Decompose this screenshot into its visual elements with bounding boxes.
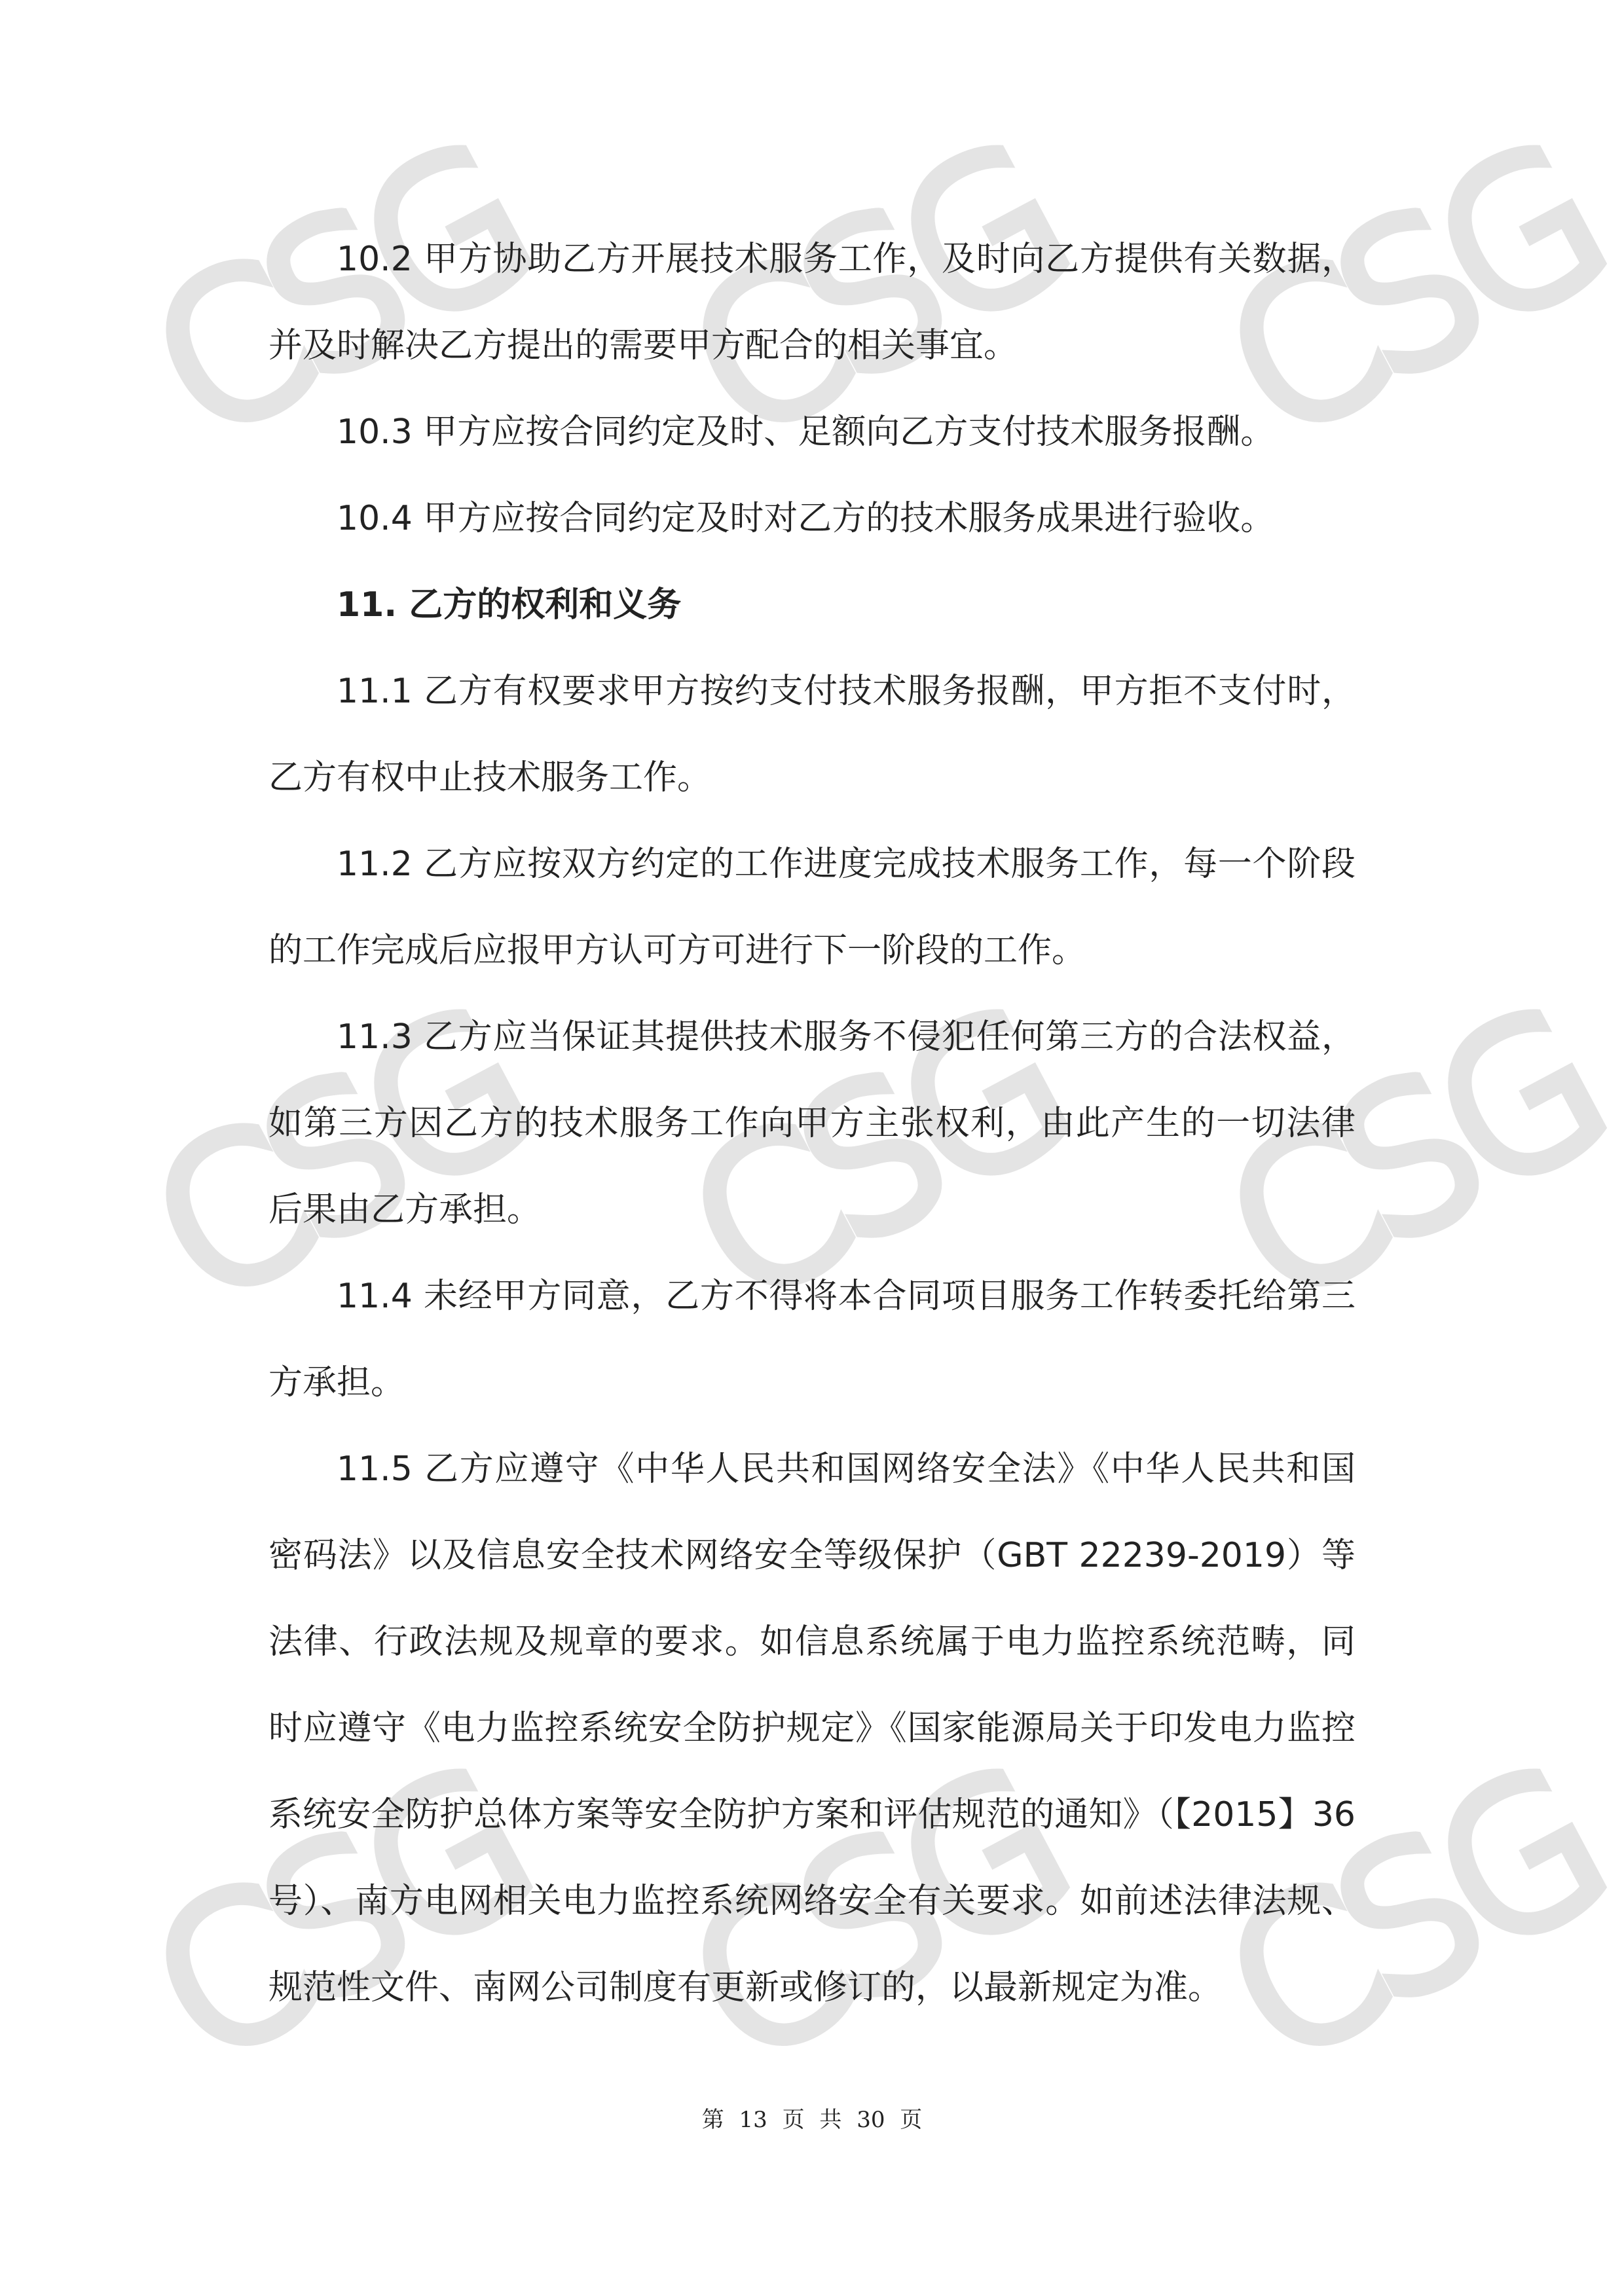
clause-10-4: 10.4 甲方应按合同约定及时对乙方的技术服务成果进行验收。 — [268, 475, 1356, 562]
clause-11-5: 11.5 乙方应遵守《中华人民共和国网络安全法》《中华人民共和国密码法》以及信息… — [268, 1426, 1356, 2031]
document-page: CSG CSG CSG CSG CSG CSG CSG CSG CSG 10.2… — [0, 0, 1624, 2296]
clause-10-3: 10.3 甲方应按合同约定及时、足额向乙方支付技术服务报酬。 — [268, 389, 1356, 475]
clause-11-2: 11.2 乙方应按双方约定的工作进度完成技术服务工作，每一个阶段的工作完成后应报… — [268, 821, 1356, 994]
page-number-footer: 第 13 页 共 30 页 — [0, 2102, 1624, 2134]
clause-10-2: 10.2 甲方协助乙方开展技术服务工作，及时向乙方提供有关数据，并及时解决乙方提… — [268, 216, 1356, 389]
clause-11-4: 11.4 未经甲方同意，乙方不得将本合同项目服务工作转委托给第三方承担。 — [268, 1253, 1356, 1426]
clause-11-1: 11.1 乙方有权要求甲方按约支付技术服务报酬，甲方拒不支付时，乙方有权中止技术… — [268, 648, 1356, 821]
clause-11-3: 11.3 乙方应当保证其提供技术服务不侵犯任何第三方的合法权益，如第三方因乙方的… — [268, 994, 1356, 1253]
section-heading-11: 11. 乙方的权利和义务 — [268, 562, 1356, 648]
document-body: 10.2 甲方协助乙方开展技术服务工作，及时向乙方提供有关数据，并及时解决乙方提… — [268, 216, 1356, 2031]
